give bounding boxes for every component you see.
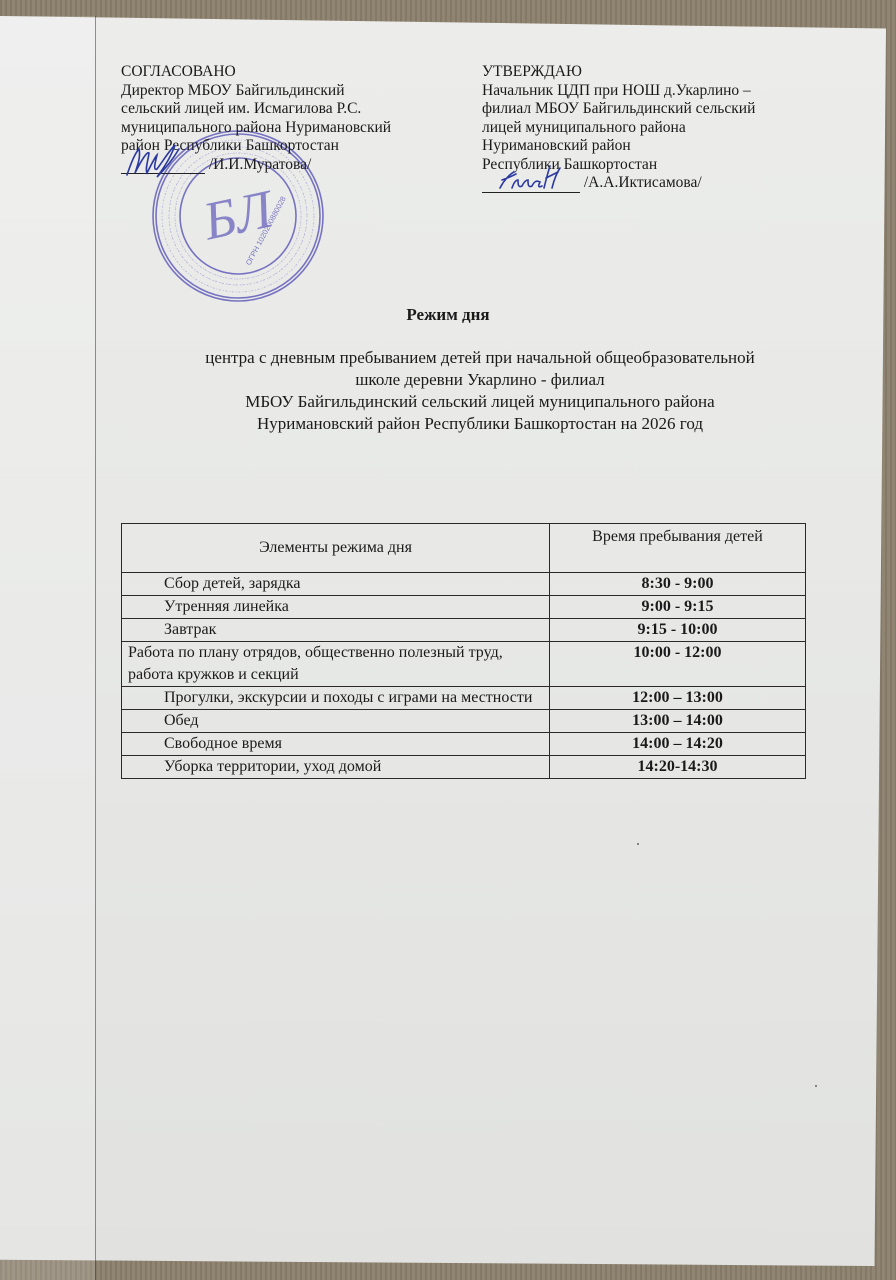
time-cell: 9:15 - 10:00 [550, 619, 806, 642]
element-cell: Сбор детей, зарядка [122, 573, 550, 596]
element-cell: Завтрак [122, 619, 550, 642]
approval-line: лицей муниципального района [482, 119, 822, 138]
subtitle-line: МБОУ Байгильдинский сельский лицей муниц… [120, 391, 840, 413]
time-cell: 8:30 - 9:00 [550, 573, 806, 596]
table-row: Завтрак 9:15 - 10:00 [122, 619, 806, 642]
element-cell: Работа по плану отрядов, общественно пол… [122, 642, 550, 687]
subtitle-line: центра с дневным пребыванием детей при н… [120, 347, 840, 369]
approval-line: Республики Башкортостан [482, 156, 822, 175]
element-cell: Прогулки, экскурсии и походы с играми на… [122, 687, 550, 710]
paper-margin-strip [0, 16, 95, 1280]
paper-speck [815, 1085, 817, 1087]
paper-speck [637, 843, 639, 845]
schedule-table: Элементы режима дня Время пребывания дет… [121, 523, 806, 779]
approval-line: муниципального района Нуримановский [121, 119, 461, 138]
subtitle-line: школе деревни Укарлино - филиал [120, 369, 840, 391]
time-cell: 14:00 – 14:20 [550, 733, 806, 756]
approval-line: филиал МБОУ Байгильдинский сельский [482, 100, 822, 119]
table-row: Уборка территории, уход домой 14:20-14:3… [122, 756, 806, 779]
element-cell: Утренняя линейка [122, 596, 550, 619]
approval-line: Директор МБОУ Байгильдинский [121, 82, 461, 101]
approval-heading: УТВЕРЖДАЮ [482, 63, 822, 82]
time-cell: 14:20-14:30 [550, 756, 806, 779]
approval-block-agreed: СОГЛАСОВАНО Директор МБОУ Байгильдинский… [121, 63, 461, 174]
approval-line: сельский лицей им. Исмагилова Р.С. [121, 100, 461, 119]
element-cell: Уборка территории, уход домой [122, 756, 550, 779]
column-header-element: Элементы режима дня [122, 524, 550, 573]
signature-row: /И.И.Муратова/ [121, 156, 461, 175]
table-row: Обед 13:00 – 14:00 [122, 710, 806, 733]
time-cell: 9:00 - 9:15 [550, 596, 806, 619]
signature-row: /А.А.Иктисамова/ [482, 174, 822, 193]
table-row: Прогулки, экскурсии и походы с играми на… [122, 687, 806, 710]
time-cell: 10:00 - 12:00 [550, 642, 806, 687]
approval-heading: СОГЛАСОВАНО [121, 63, 461, 82]
table-row: Свободное время 14:00 – 14:20 [122, 733, 806, 756]
document-subtitle: центра с дневным пребыванием детей при н… [120, 347, 840, 435]
approval-line: Начальник ЦДП при НОШ д.Укарлино – [482, 82, 822, 101]
time-cell: 13:00 – 14:00 [550, 710, 806, 733]
table-row: Утренняя линейка 9:00 - 9:15 [122, 596, 806, 619]
fold-line [95, 16, 96, 1280]
column-header-time: Время пребывания детей [550, 524, 806, 573]
subtitle-line: Нуримановский район Республики Башкортос… [120, 413, 840, 435]
signature-line [121, 157, 205, 174]
element-cell: Обед [122, 710, 550, 733]
approval-block-approved: УТВЕРЖДАЮ Начальник ЦДП при НОШ д.Укарли… [482, 63, 822, 193]
signature-line [482, 176, 580, 193]
table-row: Работа по плану отрядов, общественно пол… [122, 642, 806, 687]
time-cell: 12:00 – 13:00 [550, 687, 806, 710]
element-cell: Свободное время [122, 733, 550, 756]
table-row: Сбор детей, зарядка 8:30 - 9:00 [122, 573, 806, 596]
table-header-row: Элементы режима дня Время пребывания дет… [122, 524, 806, 573]
signatory-name: /А.А.Иктисамова/ [584, 174, 702, 191]
signatory-name: /И.И.Муратова/ [209, 156, 311, 173]
approval-line: район Республики Башкортостан [121, 137, 461, 156]
document-title: Режим дня [0, 305, 896, 325]
approval-line: Нуримановский район [482, 137, 822, 156]
